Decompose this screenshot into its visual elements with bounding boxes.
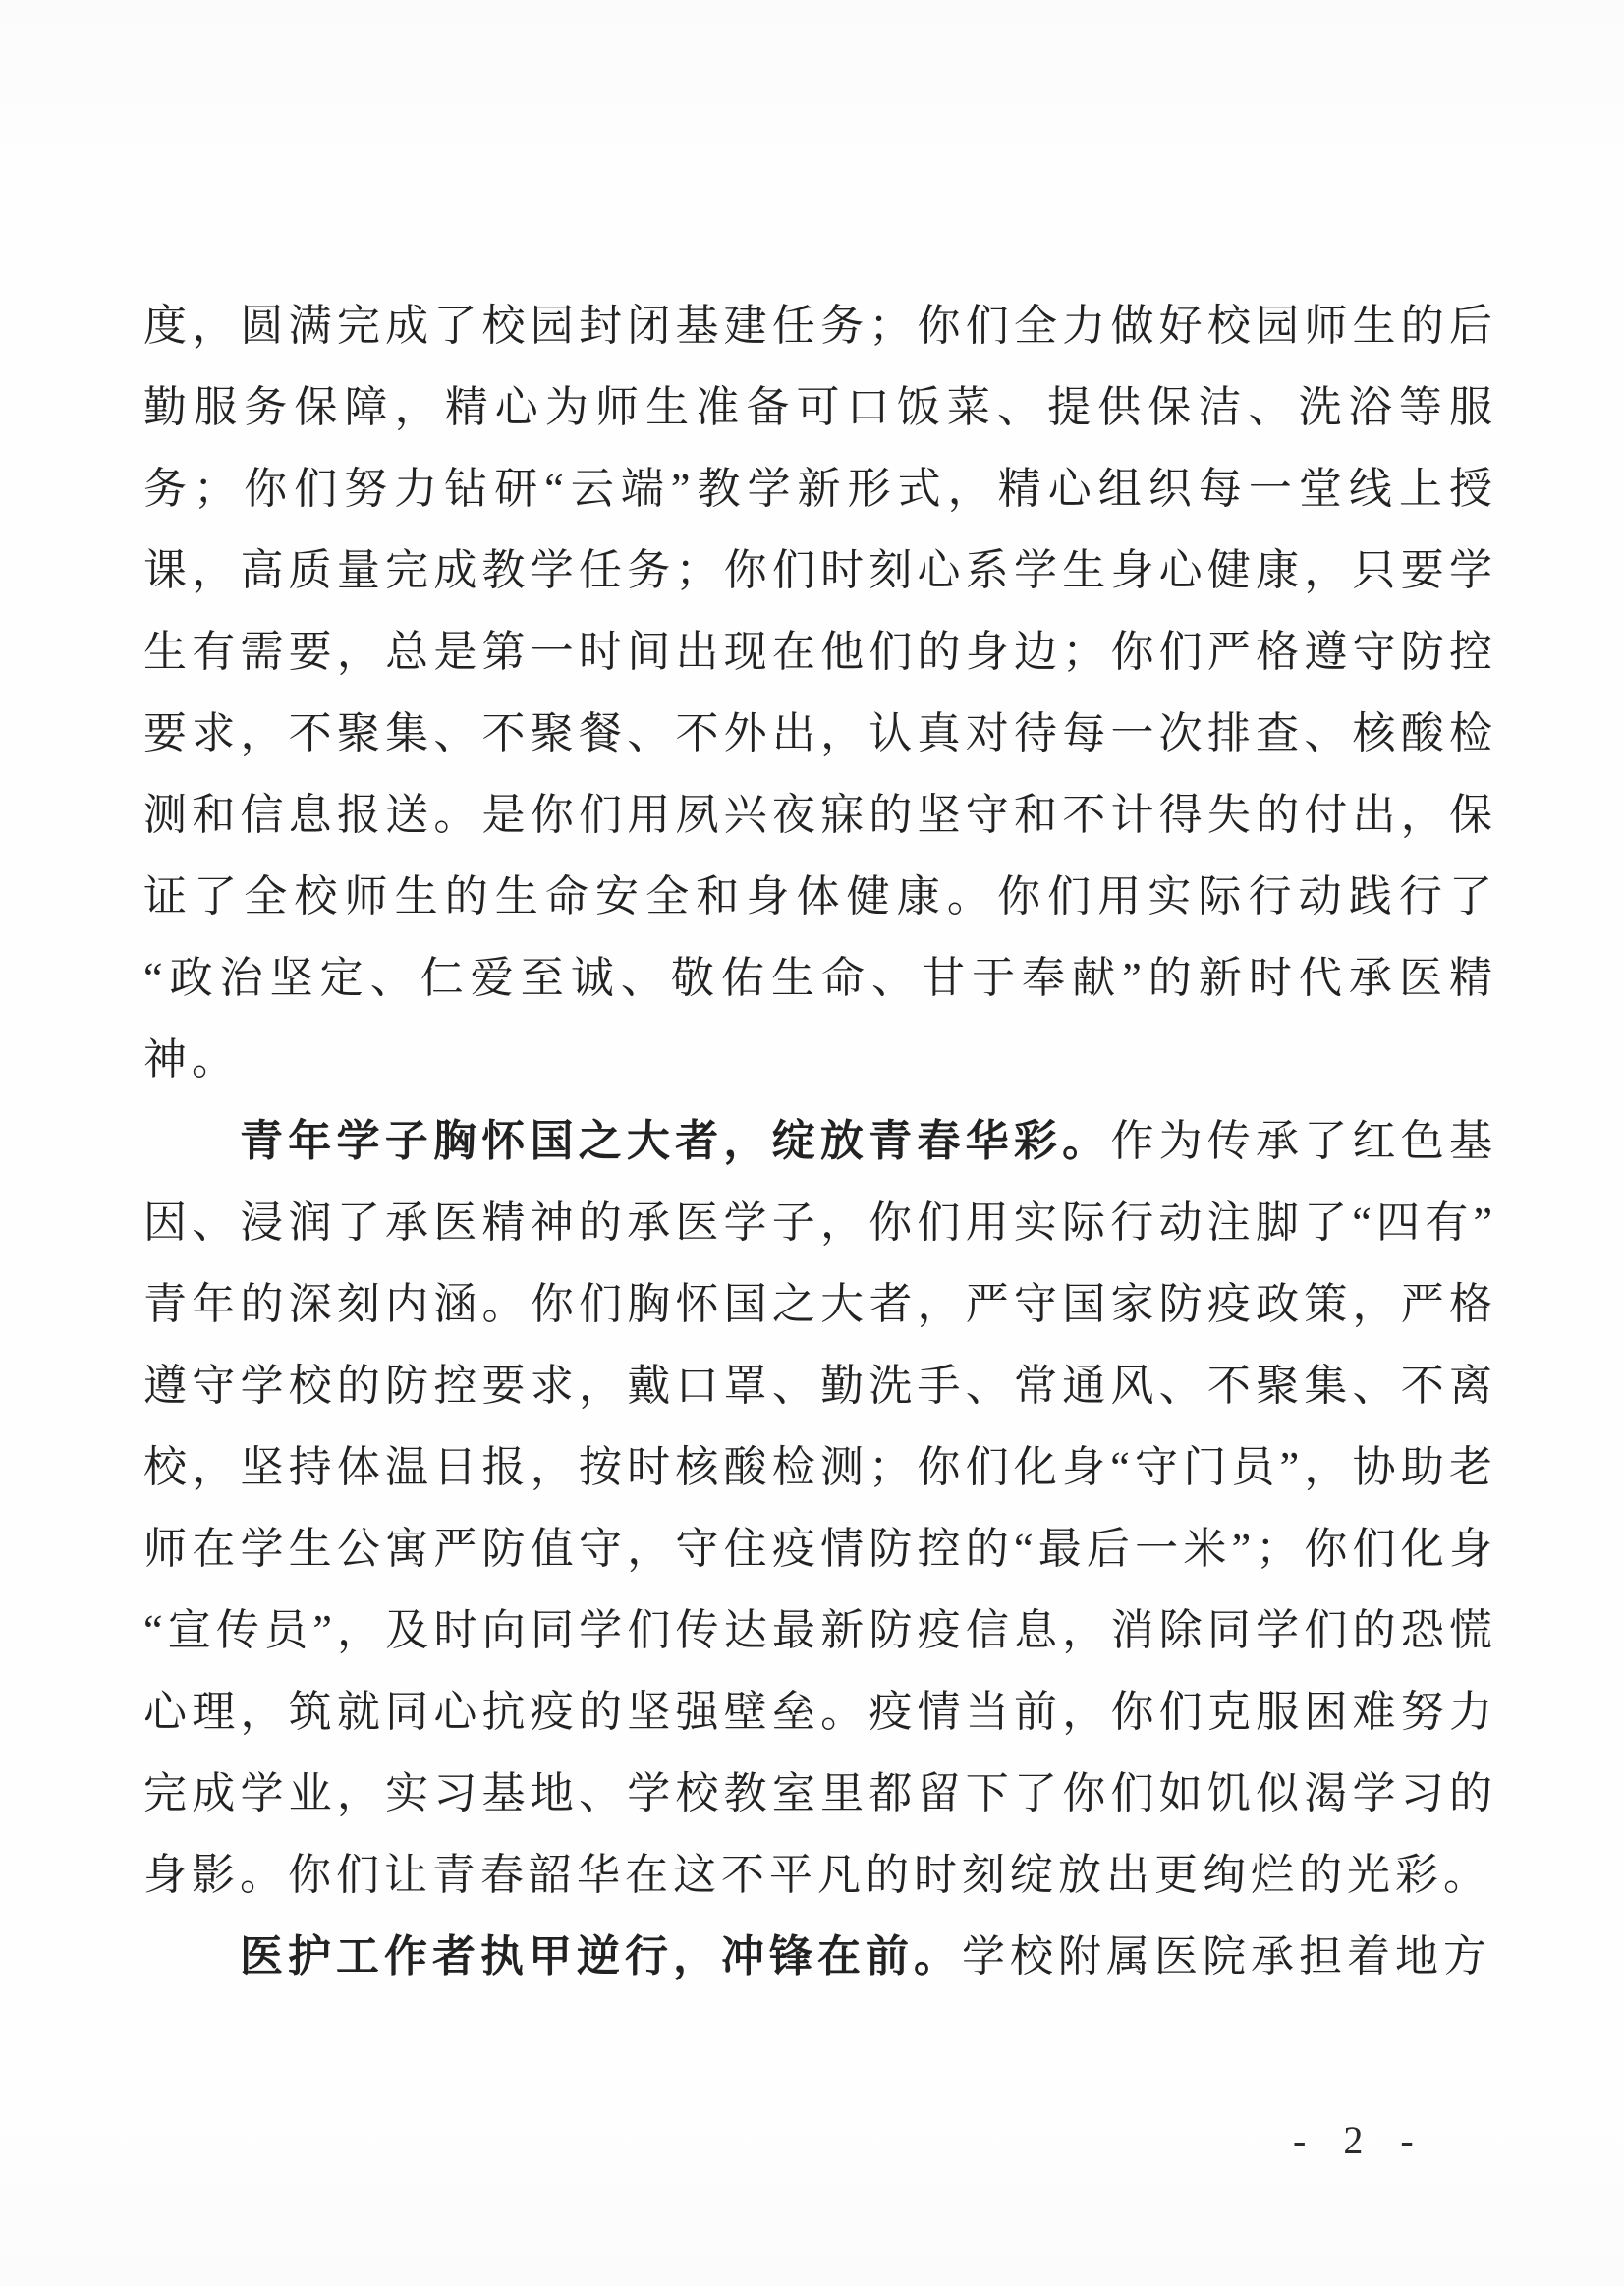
paragraph-students: 青年学子胸怀国之大者，绽放青春华彩。作为传承了红色基因、浸润了承医精神的承医学子… [143, 1100, 1497, 1916]
paragraph-lead-bold: 青年学子胸怀国之大者，绽放青春华彩。 [240, 1117, 1110, 1165]
paragraph-lead-bold: 医护工作者执甲逆行，冲锋在前。 [240, 1932, 962, 1980]
paragraph-medical-workers: 医护工作者执甲逆行，冲锋在前。学校附属医院承担着地方 [143, 1916, 1497, 1997]
document-body: 度，圆满完成了校园封闭基建任务；你们全力做好校园师生的后勤服务保障，精心为师生准… [143, 285, 1497, 1997]
page-number: - 2 - [1293, 2117, 1420, 2163]
paragraph-text: 度，圆满完成了校园封闭基建任务；你们全力做好校园师生的后勤服务保障，精心为师生准… [143, 302, 1497, 1084]
paragraph-continued: 度，圆满完成了校园封闭基建任务；你们全力做好校园师生的后勤服务保障，精心为师生准… [143, 285, 1497, 1100]
scanned-document-page: 度，圆满完成了校园封闭基建任务；你们全力做好校园师生的后勤服务保障，精心为师生准… [0, 0, 1624, 2286]
paragraph-text: 学校附属医院承担着地方 [962, 1932, 1491, 1980]
paragraph-text: 作为传承了红色基因、浸润了承医精神的承医学子，你们用实际行动注脚了“四有”青年的… [143, 1117, 1497, 1899]
